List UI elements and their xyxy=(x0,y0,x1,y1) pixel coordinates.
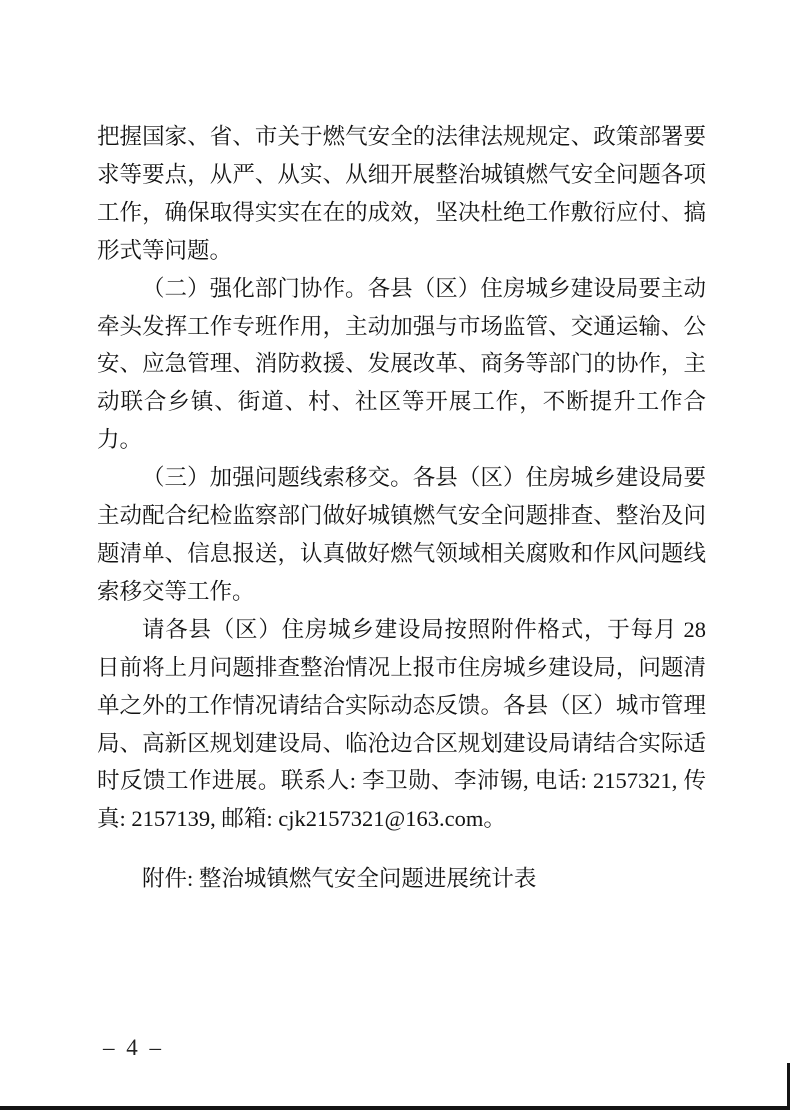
paragraph-text: 各县（区）住房城乡建设局要主动牵头发挥工作专班作用，主动加强与市场监管、交通运输… xyxy=(97,276,706,453)
paragraph-text: 请各县（区）住房城乡建设局按照附件格式，于每月 28 日前将上月问题排查整治情况… xyxy=(97,617,706,832)
paragraph: 把握国家、省、市关于燃气安全的法律法规规定、政策部署要求等要点，从严、从实、从细… xyxy=(97,118,706,270)
paragraph: （二）强化部门协作。各县（区）住房城乡建设局要主动牵头发挥工作专班作用，主动加强… xyxy=(97,270,706,460)
paragraph: 请各县（区）住房城乡建设局按照附件格式，于每月 28 日前将上月问题排查整治情况… xyxy=(97,611,706,838)
page-bottom-edge xyxy=(0,1106,790,1110)
paragraph: （三）加强问题线索移交。各县（区）住房城乡建设局要主动配合纪检监察部门做好城镇燃… xyxy=(97,459,706,611)
document-page: 把握国家、省、市关于燃气安全的法律法规规定、政策部署要求等要点，从严、从实、从细… xyxy=(0,0,790,1119)
section-heading: （三）加强问题线索移交。 xyxy=(142,465,413,490)
section-heading: （二）强化部门协作。 xyxy=(142,276,368,301)
page-number: – 4 – xyxy=(103,1034,164,1062)
document-body: 把握国家、省、市关于燃气安全的法律法规规定、政策部署要求等要点，从严、从实、从细… xyxy=(97,118,706,898)
attachment-line: 附件: 整治城镇燃气安全问题进展统计表 xyxy=(97,860,706,898)
paragraph-text: 把握国家、省、市关于燃气安全的法律法规规定、政策部署要求等要点，从严、从实、从细… xyxy=(97,124,706,263)
